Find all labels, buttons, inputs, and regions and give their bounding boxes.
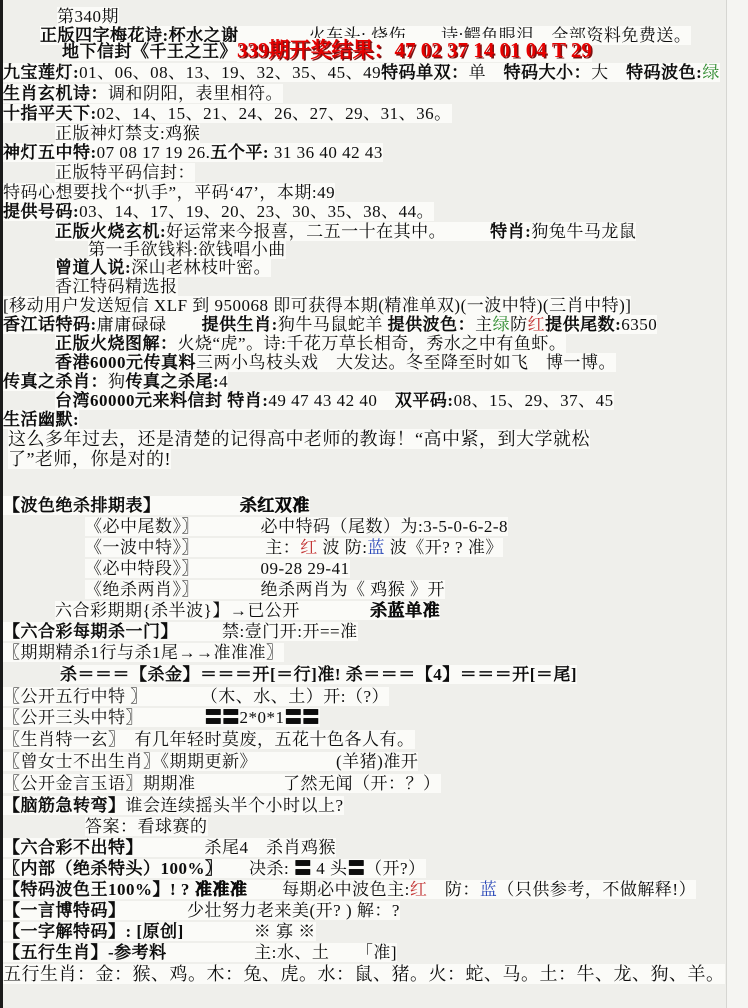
text-segment: 台湾60000元来料信封 [55, 391, 227, 410]
neibu-juesha-line: 〖内部（绝杀特头）100%〗 决杀: 〓 4 头〓（开?） [3, 859, 426, 879]
text-segment: 〓 [347, 859, 365, 878]
text-segment: ＝＝＝开[＝行]准! [200, 665, 346, 684]
teping-envelope-line: 正版特平码信封： [55, 163, 195, 183]
text-segment: 08、15、29、37、45 [454, 391, 614, 410]
text-segment: 生活幽默: [3, 410, 79, 429]
text-segment: 【六合彩不出特】 [3, 838, 135, 857]
shengxiao-teyixuan-line: 〖生肖特一玄〗 有几年轻时莫废，五花十色各人有。 [3, 730, 415, 750]
naojin-line: 【脑筋急转弯】谁会连续摇头半个小时以上? [3, 796, 344, 816]
zengnvshi-line: 〖曾女士不出生肖〗《期期更新》 (羊猪)准开 [3, 752, 418, 772]
text-segment: 禁:壹门开:开==准 [170, 622, 358, 641]
text-segment: 调和阴阳，表里相符。 [108, 84, 283, 103]
yuqian-line: 第一手欲钱料:欲钱唱小曲 [88, 240, 286, 260]
text-segment: 特码波色: [626, 63, 702, 82]
text-segment: 特肖: [490, 222, 531, 241]
text-segment: 生肖玄机诗： [3, 84, 108, 103]
text-segment: 【特码波色王100%】! ? [3, 880, 195, 899]
text-segment: 庸庸碌碌 [97, 315, 202, 334]
text-segment: 传真之杀肖： [3, 372, 108, 391]
text-segment: 6350 [621, 315, 657, 334]
wuxing-ref-line: 【五行生肖】-参考料 主:水、土 「准] [3, 943, 397, 963]
text-segment [135, 708, 205, 727]
text-segment: 了然无闻（开：？） [196, 774, 441, 793]
text-segment: 香江话特码: [3, 315, 97, 334]
text-segment: （开?） [365, 859, 426, 878]
right-border-rule [726, 0, 727, 1008]
huoshao-xuanji-line: 正版火烧玄机:好运常来今报喜，二五一十在其中。 特肖:狗兔牛马龙鼠 [55, 222, 636, 242]
text-segment: 谁会连续摇头半个小时以上? [126, 796, 344, 815]
text-segment: 火烧“虎”。诗:千花万草长相奇，秀水之中有鱼虾。 [178, 334, 567, 353]
text-segment: 〖公开三头中特〗 [3, 708, 135, 727]
text-segment: 〖公开金言玉语〗期期准 [3, 774, 196, 793]
zengdaoren-line: 曾道人说:深山老林枝叶密。 [55, 258, 271, 278]
text-segment: 主 [475, 315, 493, 334]
shizhi-line: 十指平天下:02、14、15、21、24、26、27、29、31、36。 [3, 104, 452, 124]
huoshao-tujie-line: 正版火烧图解：火烧“虎”。诗:千花万草长相奇，秀水之中有鱼虾。 [55, 334, 566, 354]
text-segment: 49 47 43 42 40 [268, 391, 395, 410]
text-segment: 【脑筋急转弯】 [3, 796, 126, 815]
text-segment: 《必中特段》〗 [85, 559, 191, 578]
bizhong-teduan-line: 《必中特段》〗 09-28 29-41 [85, 559, 350, 579]
text-segment: 好运常来今报喜，二五一十在其中。 [166, 222, 490, 241]
text-segment: （只供参考，不做解释!） [497, 880, 696, 899]
text-segment: 【五行生肖】-参考料 [3, 943, 167, 962]
shendeng-wuzhongte-line: 神灯五中特:07 08 17 19 26.五个平: 31 36 40 42 43 [3, 143, 383, 163]
text-segment: 杀尾4 杀肖鸡猴 [135, 838, 337, 857]
shayimen-line: 【六合彩每期杀一门】 禁:壹门开:开==准 [3, 622, 358, 642]
text-segment: 红 [300, 538, 318, 557]
text-segment: 《一波中特》〗 [85, 538, 191, 557]
right-margin-column [727, 0, 748, 1008]
text-segment: 〖曾女士不出生肖〗《期期更新》 [3, 752, 249, 771]
text-segment: 《必中尾数》〗 [85, 517, 191, 536]
text-segment: 有几年轻时莫废，五花十色各人有。 [117, 730, 415, 749]
juesha-liangxiao-line: 《绝杀两肖》〗 绝杀两肖为《 鸡猴 》开 [85, 580, 445, 600]
text-segment: 02、14、15、21、24、26、27、29、31、36。 [97, 104, 452, 123]
text-segment: 决杀: [214, 859, 294, 878]
text-segment: 狗牛马鼠蛇羊 [278, 315, 388, 334]
text-segment: 03、14、17、19、20、23、30、35、38、44。 [79, 202, 434, 221]
text-segment: 4 [219, 372, 228, 391]
text-segment: ＝＝＝开[＝尾] [460, 665, 577, 684]
yibo-zhongte-line: 《一波中特》〗 主：红 波 防:蓝 波《开? ? 准》 [85, 538, 503, 558]
text-segment: 杀红双准 [240, 496, 310, 515]
santou-zhongte-line: 〖公开三头中特〗 〓〓2*0*1〓〓 [3, 708, 320, 728]
text-segment: 第340期 [57, 7, 119, 26]
text-segment: 香江特码精选报 [55, 277, 178, 296]
text-segment: 正版火烧图解： [55, 334, 178, 353]
text-segment: 防： [427, 880, 480, 899]
shendeng-jinzhi-line: 正版神灯禁支:鸡猴 [55, 124, 200, 144]
text-segment: 香港6000元传真料 [55, 353, 196, 372]
text-segment: [移动用户发送短信 XLF 到 950068 即可获得本期(精准单双)(一波中特… [3, 296, 631, 315]
text-segment: （木、水、土）开:（?） [139, 687, 389, 706]
text-segment: 正版神灯禁支:鸡猴 [55, 124, 200, 143]
text-segment: 【波色绝杀排期表】 [3, 496, 152, 515]
taiwan60000-line: 台湾60000元来料信封 特肖:49 47 43 42 40 双平码:08、15… [55, 391, 614, 411]
text-segment: 【一言博特码】 [3, 901, 117, 920]
chuanzhen-sha-line: 传真之杀肖：狗传真之杀尾:4 [3, 372, 228, 392]
text-segment: 波《开? ? 准》 [385, 538, 503, 557]
text-segment: 神灯五中特: [3, 143, 97, 162]
text-segment: 【杀金】 [130, 665, 200, 684]
text-segment: 正版特平码信封： [55, 163, 195, 182]
yiyan-bote-line: 【一言博特码】 少壮努力老来美(开? ) 解：? [3, 901, 400, 921]
text-segment: 双平码: [395, 391, 454, 410]
text-segment: 曾道人说: [55, 258, 131, 277]
hk6000-line: 香港6000元传真料三两小鸟枝头戏 大发达。冬至降至时如飞 博一博。 [55, 353, 616, 373]
text-segment: 〓〓 [205, 708, 240, 727]
text-segment: 特码单双： [381, 63, 469, 82]
provided-numbers-line: 提供号码:03、14、17、19、20、23、30、35、38、44。 [3, 202, 434, 222]
text-segment: 绿 [493, 315, 511, 334]
shenghuo-youmo-label: 生活幽默: [3, 410, 79, 430]
wave-color-green: 绿 [702, 63, 720, 82]
text-segment: 三两小鸟枝头戏 大发达。冬至降至时如飞 博一博。 [196, 353, 616, 372]
text-segment: 〖生肖特一玄〗 [3, 730, 117, 749]
text-segment: 五行生肖：金：猴、鸡。木：兔、虎。水：鼠、猪。火：蛇、马。土：牛、龙、狗、羊。 [3, 964, 725, 984]
text-segment: 主:水、土 「准] [167, 943, 397, 962]
text-segment: 红 [410, 880, 428, 899]
text-segment: 01、06、08、13、19、32、35、45、49 [79, 63, 381, 82]
text-segment: 〓 [294, 859, 312, 878]
text-segment: 单 [469, 63, 504, 82]
jingsha-line: 〖期期精杀1行与杀1尾→→准准准〗 [3, 643, 284, 663]
text-segment: 特肖: [227, 391, 268, 410]
text-segment: 必中特码（尾数）为:3-5-0-6-2-8 [191, 517, 509, 536]
wuxing-zhongte-line: 〖公开五行中特 〗 （木、水、土）开:（?） [3, 687, 389, 707]
text-segment: 提供号码: [3, 202, 79, 221]
text-segment: 07 08 17 19 26. [97, 143, 211, 162]
text-segment: 提供尾数: [545, 315, 621, 334]
text-segment: 杀蓝单准 [370, 601, 440, 620]
draw-result-line: 地下信封《千王之王》339期开奖结果：47 02 37 14 01 04 T 2… [62, 40, 592, 62]
sms-notice-line: [移动用户发送短信 XLF 到 950068 即可获得本期(精准单双)(一波中特… [3, 296, 631, 316]
text-segment: 蓝 [367, 538, 385, 557]
bizhong-weishu-line: 《必中尾数》〗 必中特码（尾数）为:3-5-0-6-2-8 [85, 517, 508, 537]
shabanbo-line: 六合彩期期{杀半波}】→已公开 杀蓝单准 [55, 601, 440, 621]
text-segment: 波 防: [318, 538, 368, 557]
text-segment: 九宝莲灯: [3, 63, 79, 82]
boshe-wang-line: 【特码波色王100%】! ? 准准准 每期必中波色主:红 防：蓝（只供参考，不做… [3, 880, 696, 900]
yizi-jiete-line: 【一字解特码】: [原创] ※ 寡 ※ [3, 922, 316, 942]
text-segment: 防 [510, 315, 528, 334]
text-segment: 蓝 [480, 880, 498, 899]
naojin-answer-line: 答案：看球赛的 [85, 817, 208, 837]
text-segment: 〓〓 [285, 708, 320, 727]
text-segment: 【4】 [416, 665, 460, 684]
text-segment: 绝杀两肖为《 鸡猴 》开 [191, 580, 446, 599]
xiangjiang-title-line: 香江特码精选报 [55, 277, 178, 297]
text-segment: 〖公开五行中特 〗 [3, 687, 139, 706]
text-segment: 大 [591, 63, 626, 82]
wuxing-shengxiao-line: 五行生肖：金：猴、鸡。木：兔、虎。水：鼠、猪。火：蛇、马。土：牛、龙、狗、羊。 [3, 964, 725, 984]
text-segment: 了”老师，你是对的! [8, 449, 171, 469]
text-segment: 杀＝＝＝ [60, 665, 130, 684]
text-segment: 4 头 [311, 859, 347, 878]
boshe-juesha-header: 【波色绝杀排期表】 杀红双准 [3, 496, 310, 516]
text-segment: 红 [528, 315, 546, 334]
jiubaoliandeng-line: 九宝莲灯:01、06、08、13、19、32、35、45、49特码单双：单 特码… [3, 63, 720, 83]
text-segment [152, 496, 240, 515]
text-segment: 十指平天下: [3, 104, 97, 123]
tema-hint-line: 特码心想要找个“扒手”，平码‘47’，本期:49 [3, 183, 335, 203]
text-segment: 《绝杀两肖》〗 [85, 580, 191, 599]
text-segment: 2*0*1 [240, 708, 285, 727]
text-segment: 地下信封《千王之王》 [62, 42, 237, 61]
text-segment [300, 601, 370, 620]
text-segment: 特码大小： [504, 63, 592, 82]
buchute-line: 【六合彩不出特】 杀尾4 杀肖鸡猴 [3, 838, 336, 858]
text-segment: 杀＝＝＝ [346, 665, 416, 684]
text-segment: 主： [191, 538, 301, 557]
text-segment: 传真之杀尾: [126, 372, 220, 391]
text-segment: 提供生肖: [202, 315, 278, 334]
text-segment: 正版火烧玄机: [55, 222, 166, 241]
text-segment: 狗 [108, 372, 126, 391]
text-segment: (羊猪)准开 [249, 752, 419, 771]
text-segment: 少壮努力老来美(开? ) 解：? [117, 901, 400, 920]
text-segment: 每期必中波色主: [247, 880, 410, 899]
joke-line-1: 这么多年过去，还是清楚的记得高中老师的教诲！“高中紧，到大学就松 [8, 429, 590, 449]
text-segment: 31 36 40 42 43 [269, 143, 383, 162]
text-segment: 【六合彩每期杀一门】 [3, 622, 170, 641]
joke-line-2: 了”老师，你是对的! [8, 449, 171, 469]
draw-result: 339期开奖结果：47 02 37 14 01 04 T 29 [237, 38, 592, 62]
issue-number: 第340期 [57, 7, 119, 27]
xiangjiang-tema-line: 香江话特码:庸庸碌碌 提供生肖:狗牛马鼠蛇羊 提供波色：主绿防红提供尾数:635… [3, 315, 657, 335]
text-segment: 【一字解特码】: [原创] [3, 922, 184, 941]
jinyan-yuyu-line: 〖公开金言玉语〗期期准 了然无闻（开：？） [3, 774, 441, 794]
text-segment: 五个平: [210, 143, 269, 162]
shajin-line: 杀＝＝＝【杀金】＝＝＝开[＝行]准! 杀＝＝＝【4】＝＝＝开[＝尾] [60, 665, 577, 685]
shengxiao-poem-line: 生肖玄机诗：调和阴阳，表里相符。 [3, 84, 283, 104]
text-segment: 六合彩期期{杀半波}】→已公开 [55, 601, 300, 620]
text-segment: 答案：看球赛的 [85, 817, 208, 836]
text-segment: 准准准 [195, 880, 248, 899]
text-segment: 深山老林枝叶密。 [131, 258, 271, 277]
text-segment: 〖内部（绝杀特头）100%〗 [3, 859, 214, 878]
text-segment: ※ 寡 ※ [184, 922, 316, 941]
text-segment: 特码心想要找个“扒手”，平码‘47’，本期:49 [3, 183, 335, 202]
text-segment: 〖期期精杀1行与杀1尾→→准准准〗 [3, 643, 284, 662]
text-segment: 第一手欲钱料:欲钱唱小曲 [88, 240, 286, 259]
lottery-info-sheet: 第340期正版四字梅花诗:杯水之谢 火车头: 烧伤 诗:鳄鱼眼泪，全部资料免费送… [0, 0, 748, 1008]
text-segment: 提供波色： [388, 315, 476, 334]
text-segment: 这么多年过去，还是清楚的记得高中老师的教诲！“高中紧，到大学就松 [8, 429, 590, 449]
text-segment: 09-28 29-41 [191, 559, 350, 578]
text-segment: 狗兔牛马龙鼠 [531, 222, 636, 241]
